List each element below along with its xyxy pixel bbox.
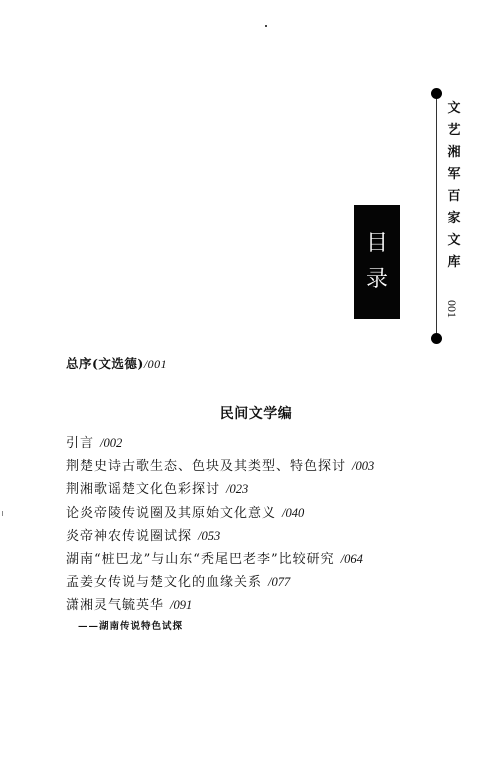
series-title-char: 湘	[447, 146, 460, 168]
series-title-char: 百	[447, 190, 460, 212]
entry-title: 总序(文选德)	[66, 356, 144, 371]
section-heading: 民间文学编	[0, 403, 504, 423]
toc-entry[interactable]: 荆楚史诗古歌生态、色块及其类型、特色探讨/003	[66, 455, 446, 478]
entry-title: 论炎帝陵传说圈及其原始文化意义	[66, 506, 276, 521]
toc-entry[interactable]: 孟姜女传说与楚文化的血缘关系/077	[66, 571, 446, 594]
entry-page-number: /040	[282, 506, 304, 520]
scan-speck	[265, 25, 267, 27]
toc-title-char: 目	[366, 232, 388, 256]
series-page-number: 001	[444, 300, 459, 318]
entry-title: 潇湘灵气毓英华	[66, 598, 164, 613]
series-title-char: 艺	[447, 124, 460, 146]
series-rule-line	[436, 94, 437, 338]
toc-entry[interactable]: 引言/002	[66, 432, 446, 455]
entry-page-number: /003	[352, 459, 374, 473]
toc-entry[interactable]: 潇湘灵气毓英华/091	[66, 594, 446, 617]
bullet-dot-icon	[431, 333, 442, 344]
entry-title: 孟姜女传说与楚文化的血缘关系	[66, 575, 262, 590]
entry-page-number: /001	[144, 357, 167, 371]
toc-entry-list: 引言/002 荆楚史诗古歌生态、色块及其类型、特色探讨/003 荆湘歌谣楚文化色…	[66, 432, 446, 636]
entry-page-number: /002	[100, 436, 122, 450]
entry-page-number: /091	[170, 598, 192, 612]
toc-title-char: 录	[366, 268, 388, 292]
toc-title-box: 目 录	[354, 205, 400, 319]
toc-entry[interactable]: 荆湘歌谣楚文化色彩探讨/023	[66, 478, 446, 501]
entry-subtitle: ——湖南传说特色试探	[66, 618, 446, 636]
toc-entry-preface[interactable]: 总序(文选德)/001	[66, 354, 167, 372]
entry-title: 引言	[66, 436, 94, 451]
section-title: 民间文学编	[220, 406, 293, 422]
series-sidebar: 文 艺 湘 军 百 家 文 库 001	[430, 88, 470, 344]
scan-speck	[2, 511, 3, 516]
toc-entry[interactable]: 湖南“桩巴龙”与山东“秃尾巴老李”比较研究/064	[66, 548, 446, 571]
series-title-char: 库	[447, 256, 460, 278]
entry-title: 荆湘歌谣楚文化色彩探讨	[66, 482, 220, 497]
entry-title: 湖南“桩巴龙”与山东“秃尾巴老李”比较研究	[66, 552, 335, 567]
entry-page-number: /064	[341, 552, 363, 566]
series-title-char: 家	[447, 212, 460, 234]
series-title-char: 文	[447, 102, 460, 124]
toc-entry[interactable]: 论炎帝陵传说圈及其原始文化意义/040	[66, 502, 446, 525]
entry-page-number: /023	[226, 482, 248, 496]
entry-title: 荆楚史诗古歌生态、色块及其类型、特色探讨	[66, 459, 346, 474]
series-title: 文 艺 湘 军 百 家 文 库	[445, 102, 463, 278]
entry-page-number: /053	[198, 529, 220, 543]
entry-title: 炎帝神农传说圈试探	[66, 529, 192, 544]
entry-page-number: /077	[268, 575, 290, 589]
bullet-dot-icon	[431, 88, 442, 99]
series-title-char: 文	[447, 234, 460, 256]
series-title-char: 军	[447, 168, 460, 190]
toc-entry[interactable]: 炎帝神农传说圈试探/053	[66, 525, 446, 548]
